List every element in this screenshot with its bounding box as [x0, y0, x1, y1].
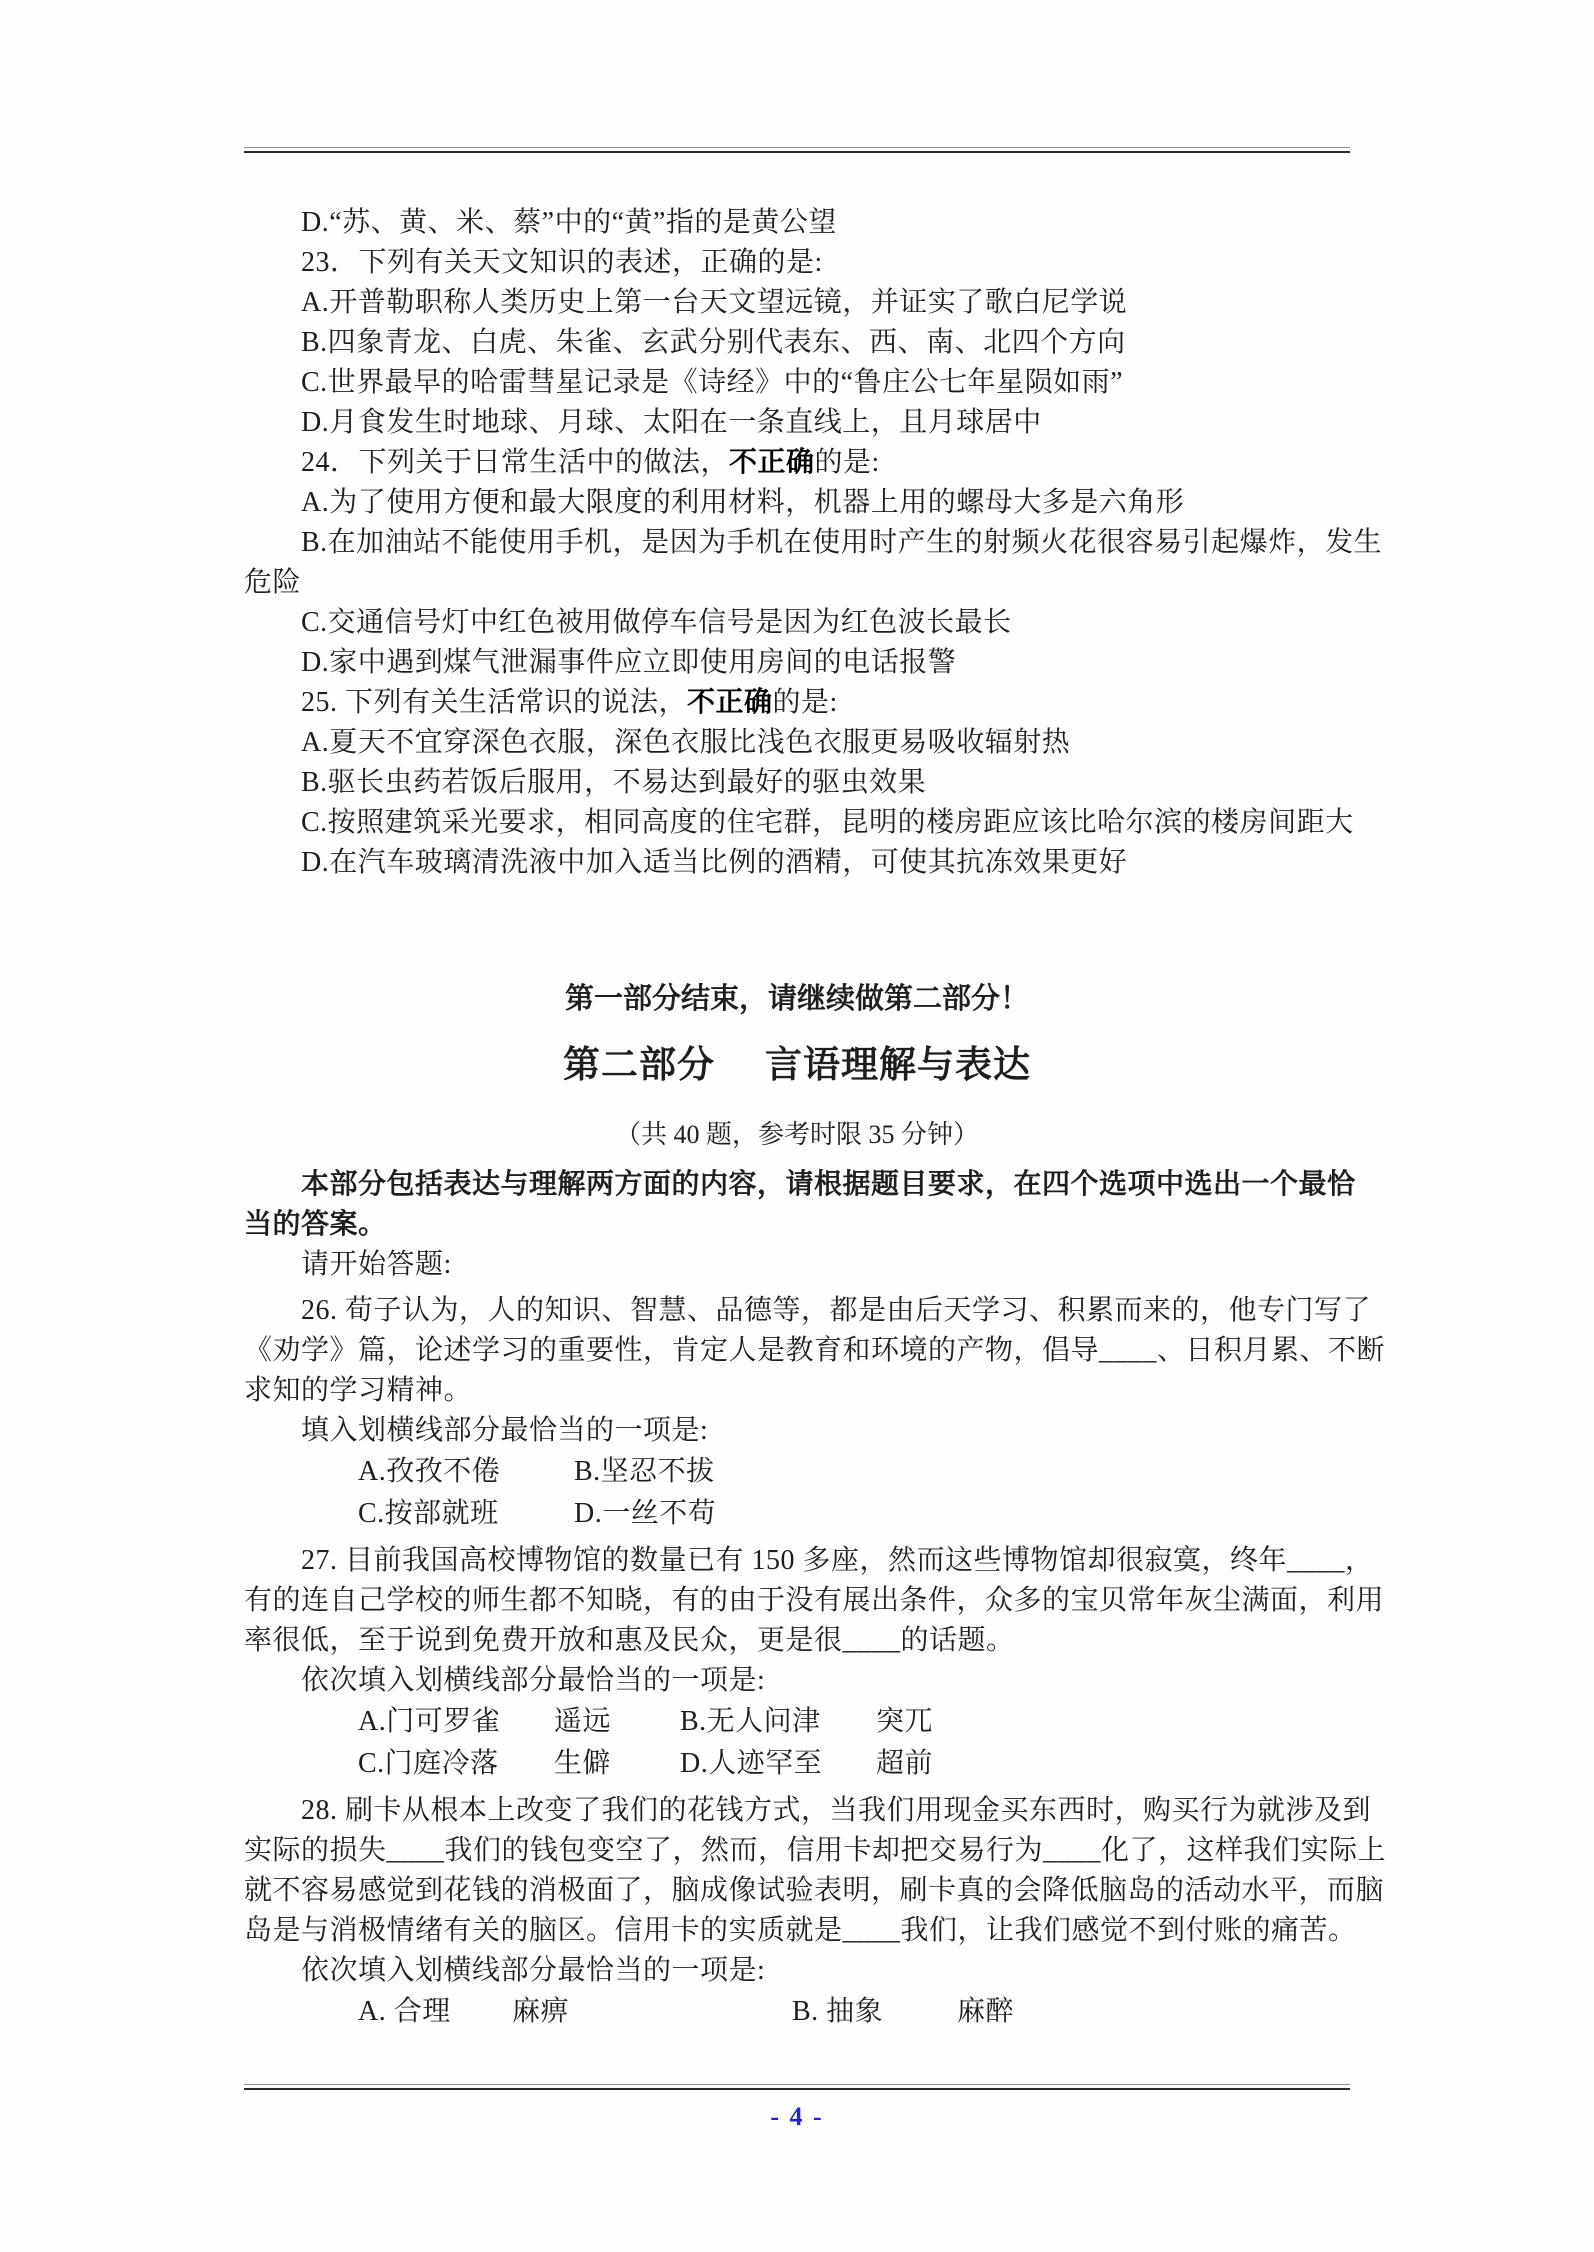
question-28: 28. 刷卡从根本上改变了我们的花钱方式，当我们用现金买东西时，购买行为就涉及到… — [244, 1791, 1350, 2033]
option-row: A.孜孜不倦B.坚忍不拔 — [244, 1451, 1350, 1493]
intro-line: 当的答案。 — [244, 1205, 1350, 1245]
option-b-word2: 麻醉 — [900, 1991, 1014, 2033]
option-line: B.在加油站不能使用手机，是因为手机在使用时产生的射频火花很容易引起爆炸，发生 — [244, 523, 1350, 563]
question-27: 27. 目前我国高校博物馆的数量已有 150 多座，然而这些博物馆却很寂寞，终年… — [244, 1541, 1350, 1785]
question-line: 28. 刷卡从根本上改变了我们的花钱方式，当我们用现金买东西时，购买行为就涉及到 — [244, 1791, 1350, 1831]
option-line: D.月食发生时地球、月球、太阳在一条直线上，且月球居中 — [244, 403, 1350, 443]
option-d-word2: 超前 — [819, 1743, 933, 1785]
option-line: A.夏天不宜穿深色衣服，深色衣服比浅色衣服更易吸收辐射热 — [244, 723, 1350, 763]
question-line: D.“苏、黄、米、蔡”中的“黄”指的是黄公望 — [244, 203, 1350, 243]
question-text: 的是: — [815, 447, 880, 478]
question-line: 26. 荀子认为，人的知识、智慧、品德等，都是由后天学习、积累而来的，他专门写了 — [244, 1291, 1350, 1331]
part2-title: 第二部分言语理解与表达 — [244, 1039, 1350, 1093]
option-a: A.孜孜不倦 — [301, 1451, 517, 1493]
option-row: A. 合理麻痹B. 抽象麻醉 — [244, 1991, 1350, 2033]
page-content: D.“苏、黄、米、蔡”中的“黄”指的是黄公望 23．下列有关天文知识的表述，正确… — [244, 0, 1350, 2132]
question-text: 24．下列关于日常生活中的做法， — [301, 447, 729, 478]
fill-prompt: 填入划横线部分最恰当的一项是: — [244, 1411, 1350, 1451]
option-b-word2: 突兀 — [819, 1701, 933, 1743]
option-c: C.按部就班 — [301, 1493, 517, 1535]
option-line: D.在汽车玻璃清洗液中加入适当比例的酒精，可使其抗冻效果更好 — [244, 843, 1350, 883]
option-line: C.交通信号灯中红色被用做停车信号是因为红色波长最长 — [244, 603, 1350, 643]
page-number: - 4 - — [244, 2102, 1350, 2132]
question-line: 就不容易感觉到花钱的消极面了，脑成像试验表明，刷卡真的会降低脑岛的活动水平，而脑 — [244, 1871, 1350, 1911]
question-line: 27. 目前我国高校博物馆的数量已有 150 多座，然而这些博物馆却很寂寞，终年… — [244, 1541, 1350, 1581]
emphasis-text: 不正确 — [729, 447, 815, 478]
option-a: A. 合理 — [301, 1991, 455, 2033]
option-row: C.门庭冷落生僻D.人迹罕至超前 — [244, 1743, 1350, 1785]
option-b: B. 抽象 — [735, 1991, 900, 2033]
part2-title-number: 第二部分 — [563, 1045, 715, 1086]
option-line: C.按照建筑采光要求，相同高度的住宅群，昆明的楼房距应该比哈尔滨的楼房间距大 — [244, 803, 1350, 843]
option-line: A.为了使用方便和最大限度的利用材料，机器上用的螺母大多是六角形 — [244, 483, 1350, 523]
part1-questions: D.“苏、黄、米、蔡”中的“黄”指的是黄公望 23．下列有关天文知识的表述，正确… — [244, 203, 1350, 883]
emphasis-text: 不正确 — [687, 687, 773, 718]
option-line-continuation: 危险 — [244, 563, 1350, 603]
option-row: A.门可罗雀遥远B.无人问津突兀 — [244, 1701, 1350, 1743]
option-b: B.坚忍不拔 — [517, 1451, 715, 1493]
option-a-word2: 麻痹 — [455, 1991, 735, 2033]
option-d: D.一丝不苟 — [517, 1493, 716, 1535]
option-line: C.世界最早的哈雷彗星记录是《诗经》中的“鲁庄公七年星陨如雨” — [244, 363, 1350, 403]
option-c-word2: 生僻 — [497, 1743, 623, 1785]
footer-rule — [244, 2084, 1350, 2090]
section-transition-note: 第一部分结束，请继续做第二部分！ — [244, 979, 1350, 1019]
header-rule — [244, 147, 1350, 153]
option-line: A.开普勒职称人类历史上第一台天文望远镜，并证实了歌白尼学说 — [244, 283, 1350, 323]
fill-prompt: 依次填入划横线部分最恰当的一项是: — [244, 1661, 1350, 1701]
option-a-word2: 遥远 — [497, 1701, 623, 1743]
option-d: D.人迹罕至 — [623, 1743, 819, 1785]
option-line: D.家中遇到煤气泄漏事件应立即使用房间的电话报警 — [244, 643, 1350, 683]
question-line: 23．下列有关天文知识的表述，正确的是: — [244, 243, 1350, 283]
question-line: 有的连自己学校的师生都不知晓，有的由于没有展出条件，众多的宝贝常年灰尘满面，利用 — [244, 1581, 1350, 1621]
question-text: 25. 下列有关生活常识的说法， — [301, 687, 687, 718]
option-line: B.四象青龙、白虎、朱雀、玄武分别代表东、西、南、北四个方向 — [244, 323, 1350, 363]
question-line: 25. 下列有关生活常识的说法，不正确的是: — [244, 683, 1350, 723]
question-line: 《劝学》篇，论述学习的重要性，肯定人是教育和环境的产物，倡导____、日积月累、… — [244, 1331, 1350, 1371]
part2-intro: 本部分包括表达与理解两方面的内容，请根据题目要求，在四个选项中选出一个最恰 当的… — [244, 1165, 1350, 1245]
question-line: 岛是与消极情绪有关的脑区。信用卡的实质就是____我们，让我们感觉不到付账的痛苦… — [244, 1911, 1350, 1951]
option-b: B.无人问津 — [623, 1701, 819, 1743]
part2-meta: （共 40 题，参考时限 35 分钟） — [244, 1115, 1350, 1155]
option-a: A.门可罗雀 — [301, 1701, 497, 1743]
part2-title-name: 言语理解与表达 — [765, 1045, 1031, 1086]
intro-line: 本部分包括表达与理解两方面的内容，请根据题目要求，在四个选项中选出一个最恰 — [244, 1165, 1350, 1205]
question-line: 实际的损失____我们的钱包变空了，然而，信用卡却把交易行为____化了，这样我… — [244, 1831, 1350, 1871]
question-line: 24．下列关于日常生活中的做法，不正确的是: — [244, 443, 1350, 483]
question-26: 26. 荀子认为，人的知识、智慧、品德等，都是由后天学习、积累而来的，他专门写了… — [244, 1291, 1350, 1535]
begin-prompt: 请开始答题: — [244, 1245, 1350, 1285]
option-row: C.按部就班D.一丝不苟 — [244, 1493, 1350, 1535]
question-text: 的是: — [773, 687, 838, 718]
question-line: 求知的学习精神。 — [244, 1371, 1350, 1411]
document-page: D.“苏、黄、米、蔡”中的“黄”指的是黄公望 23．下列有关天文知识的表述，正确… — [0, 0, 1594, 2252]
option-line: B.驱长虫药若饭后服用，不易达到最好的驱虫效果 — [244, 763, 1350, 803]
question-line: 率很低，至于说到免费开放和惠及民众，更是很____的话题。 — [244, 1621, 1350, 1661]
option-c: C.门庭冷落 — [301, 1743, 497, 1785]
fill-prompt: 依次填入划横线部分最恰当的一项是: — [244, 1951, 1350, 1991]
